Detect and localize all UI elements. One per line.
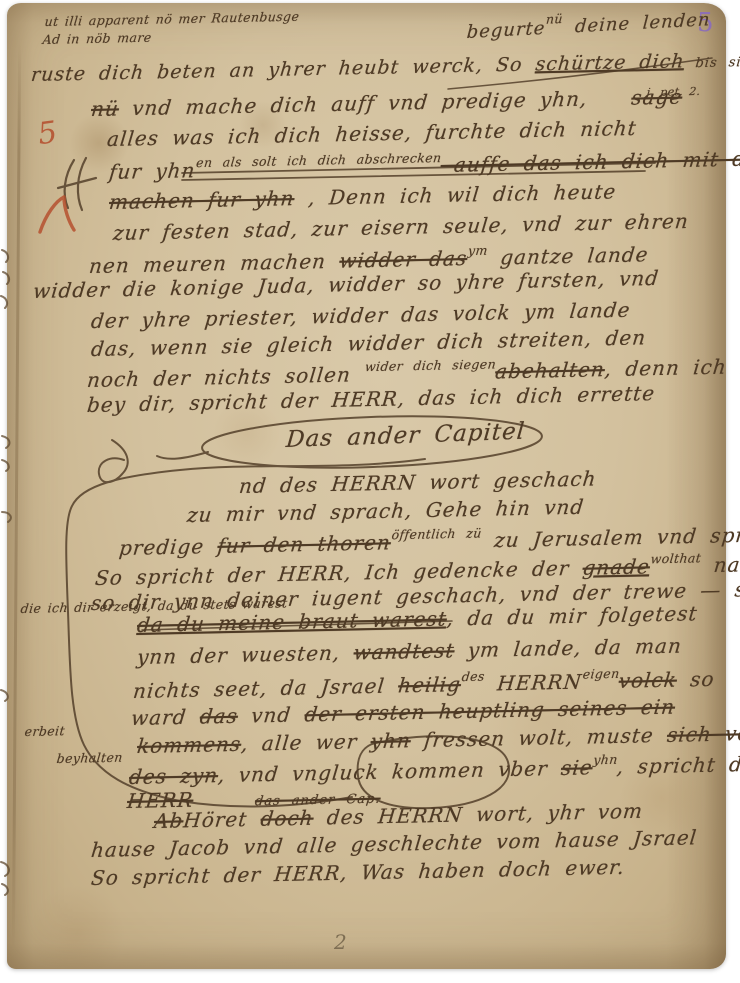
margin-note-erbeit: erbeit <box>24 723 66 739</box>
latin-margin-note-2: Ad in nöb mare <box>42 30 152 47</box>
manuscript-scan: 5 2 5 ut illi apparent nö mer Rautenbusg… <box>0 0 740 983</box>
sheet-number: 2 <box>334 930 347 954</box>
margin-note-beyhalten: beyhalten <box>56 750 124 766</box>
